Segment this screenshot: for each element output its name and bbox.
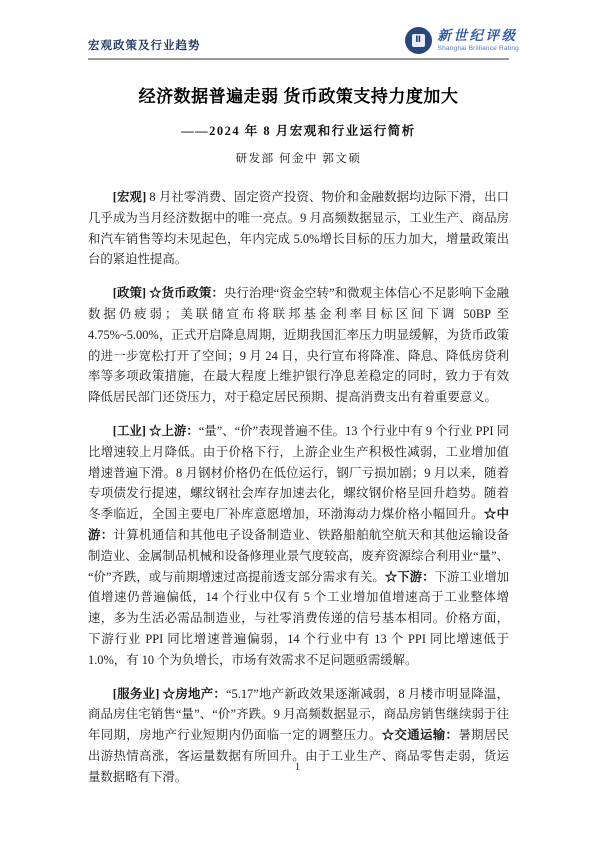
bold-label-run: [政策] ☆货币政策： [113, 286, 224, 300]
report-paragraphs: [宏观] 8 月社零消费、固定资产投资、物价和金融数据均边际下滑，出口几乎成为当… [88, 187, 509, 788]
text-run: “量”、“价”表现普遍不佳。13 个行业中有 9 个行业 PPI 同比增速较上月… [88, 424, 509, 521]
bold-label-run: ☆下游： [385, 570, 435, 584]
logo-emblem-glyph: Ⅱ [412, 34, 425, 47]
header-section-title: 宏观政策及行业趋势 [88, 37, 201, 53]
logo-name-cn: 新世纪评级 [438, 29, 519, 44]
text-run: 8 月社零消费、固定资产投资、物价和金融数据均边际下滑，出口几乎成为当月经济数据… [88, 190, 509, 266]
report-subtitle: ——2024 年 8 月宏观和行业运行简析 [88, 121, 509, 139]
logo-emblem-icon: Ⅱ [405, 27, 432, 54]
bold-label-run: [工业] ☆上游： [113, 424, 199, 438]
bold-label-run: [宏观] [113, 190, 150, 204]
report-byline: 研发部 何金中 郭文硕 [88, 150, 509, 166]
report-page: 宏观政策及行业趋势 Ⅱ 新世纪评级 Shanghai Brilliance Ra… [0, 0, 595, 842]
text-run: 下游工业增加值增速仍普遍偏低，14 个行业中仅有 5 个工业增加值增速高于工业整… [88, 570, 509, 667]
company-logo: Ⅱ 新世纪评级 Shanghai Brilliance Rating [405, 27, 519, 54]
logo-name-en: Shanghai Brilliance Rating [438, 45, 519, 52]
logo-text-block: 新世纪评级 Shanghai Brilliance Rating [438, 29, 519, 52]
paragraph: [政策] ☆货币政策：央行治理“资金空转”和微观主体信心不足影响下金融数据仍疲弱… [88, 283, 509, 408]
text-run: 央行治理“资金空转”和微观主体信心不足影响下金融数据仍疲弱；美联储宣布将联邦基金… [88, 286, 509, 404]
bold-label-run: [服务业] ☆房地产： [113, 687, 226, 701]
bold-label-run: ☆交通运输： [382, 728, 459, 742]
paragraph: [工业] ☆上游：“量”、“价”表现普遍不佳。13 个行业中有 9 个行业 PP… [88, 421, 509, 671]
page-number: 1 [0, 761, 595, 773]
document-body: 经济数据普遍走弱 货币政策支持力度加大 ——2024 年 8 月宏观和行业运行简… [88, 86, 509, 788]
report-title: 经济数据普遍走弱 货币政策支持力度加大 [88, 86, 509, 108]
paragraph: [宏观] 8 月社零消费、固定资产投资、物价和金融数据均边际下滑，出口几乎成为当… [88, 187, 509, 270]
header-divider [88, 58, 509, 60]
